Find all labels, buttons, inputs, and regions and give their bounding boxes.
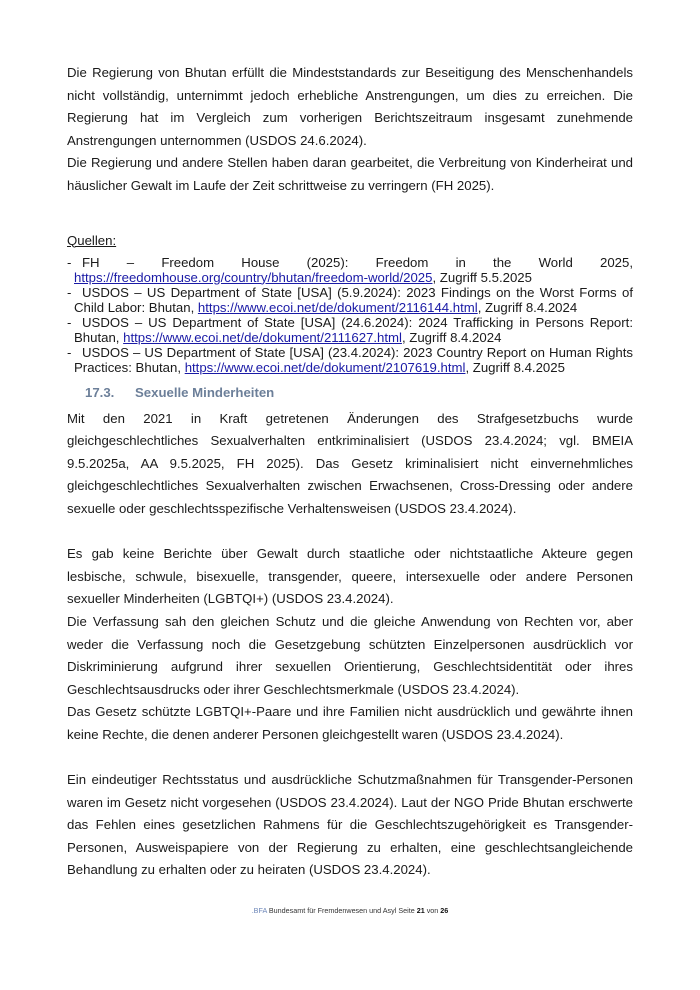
paragraph-trafficking: Die Regierung von Bhutan erfüllt die Min… bbox=[67, 62, 633, 152]
source-citation: FH – Freedom House (2025): Freedom in th… bbox=[67, 255, 633, 270]
source-title-cont: Practices: Bhutan, bbox=[74, 360, 185, 375]
list-dash: - bbox=[67, 345, 71, 360]
source-title-cont: Bhutan, bbox=[74, 330, 123, 345]
list-dash: - bbox=[67, 255, 71, 270]
source-link[interactable]: https://freedomhouse.org/country/bhutan/… bbox=[74, 270, 432, 285]
source-item: - USDOS – US Department of State [USA] (… bbox=[67, 315, 633, 345]
paragraph-violence-reports: Es gab keine Berichte über Gewalt durch … bbox=[67, 543, 633, 611]
source-citation: USDOS – US Department of State [USA] (23… bbox=[67, 345, 633, 360]
sources-list: - FH – Freedom House (2025): Freedom in … bbox=[67, 255, 633, 375]
source-access-date: , Zugriff 8.4.2024 bbox=[478, 300, 577, 315]
source-access-date: , Zugriff 8.4.2025 bbox=[465, 360, 564, 375]
footer-org: Bundesamt für Fremdenwesen und Asyl Seit… bbox=[267, 906, 417, 915]
source-link[interactable]: https://www.ecoi.net/de/dokument/2111627… bbox=[123, 330, 402, 345]
paragraph-child-marriage: Die Regierung und andere Stellen haben d… bbox=[67, 152, 633, 197]
paragraph-decriminalization: Mit den 2021 in Kraft getretenen Änderun… bbox=[67, 408, 633, 521]
source-access-date: , Zugriff 5.5.2025 bbox=[432, 270, 531, 285]
document-page: Die Regierung von Bhutan erfüllt die Min… bbox=[67, 62, 633, 882]
section-number: 17.3. bbox=[85, 384, 135, 402]
paragraph-transgender: Ein eindeutiger Rechtsstatus und ausdrüc… bbox=[67, 769, 633, 882]
source-title-cont: Child Labor: Bhutan, bbox=[74, 300, 198, 315]
paragraph-couples: Das Gesetz schützte LGBTQI+-Paare und ih… bbox=[67, 701, 633, 746]
page-total: 26 bbox=[440, 906, 448, 915]
source-access-date: , Zugriff 8.4.2024 bbox=[402, 330, 501, 345]
source-citation: USDOS – US Department of State [USA] (24… bbox=[67, 315, 633, 330]
source-citation: USDOS – US Department of State [USA] (5.… bbox=[67, 285, 633, 300]
list-dash: - bbox=[67, 315, 71, 330]
source-link[interactable]: https://www.ecoi.net/de/dokument/2116144… bbox=[198, 300, 478, 315]
source-item: - USDOS – US Department of State [USA] (… bbox=[67, 285, 633, 315]
list-dash: - bbox=[67, 285, 71, 300]
source-link[interactable]: https://www.ecoi.net/de/dokument/2107619… bbox=[185, 360, 466, 375]
page-number: 21 bbox=[417, 906, 425, 915]
page-footer: .BFA Bundesamt für Fremdenwesen und Asyl… bbox=[0, 906, 700, 915]
footer-of: von bbox=[425, 906, 441, 915]
section-heading: 17.3.Sexuelle Minderheiten bbox=[85, 384, 633, 402]
sources-label: Quellen: bbox=[67, 232, 633, 249]
section-title: Sexuelle Minderheiten bbox=[135, 385, 274, 400]
paragraph-constitution: Die Verfassung sah den gleichen Schutz u… bbox=[67, 611, 633, 701]
bfa-logo: .BFA bbox=[252, 906, 267, 915]
source-item: - FH – Freedom House (2025): Freedom in … bbox=[67, 255, 633, 285]
source-item: - USDOS – US Department of State [USA] (… bbox=[67, 345, 633, 375]
